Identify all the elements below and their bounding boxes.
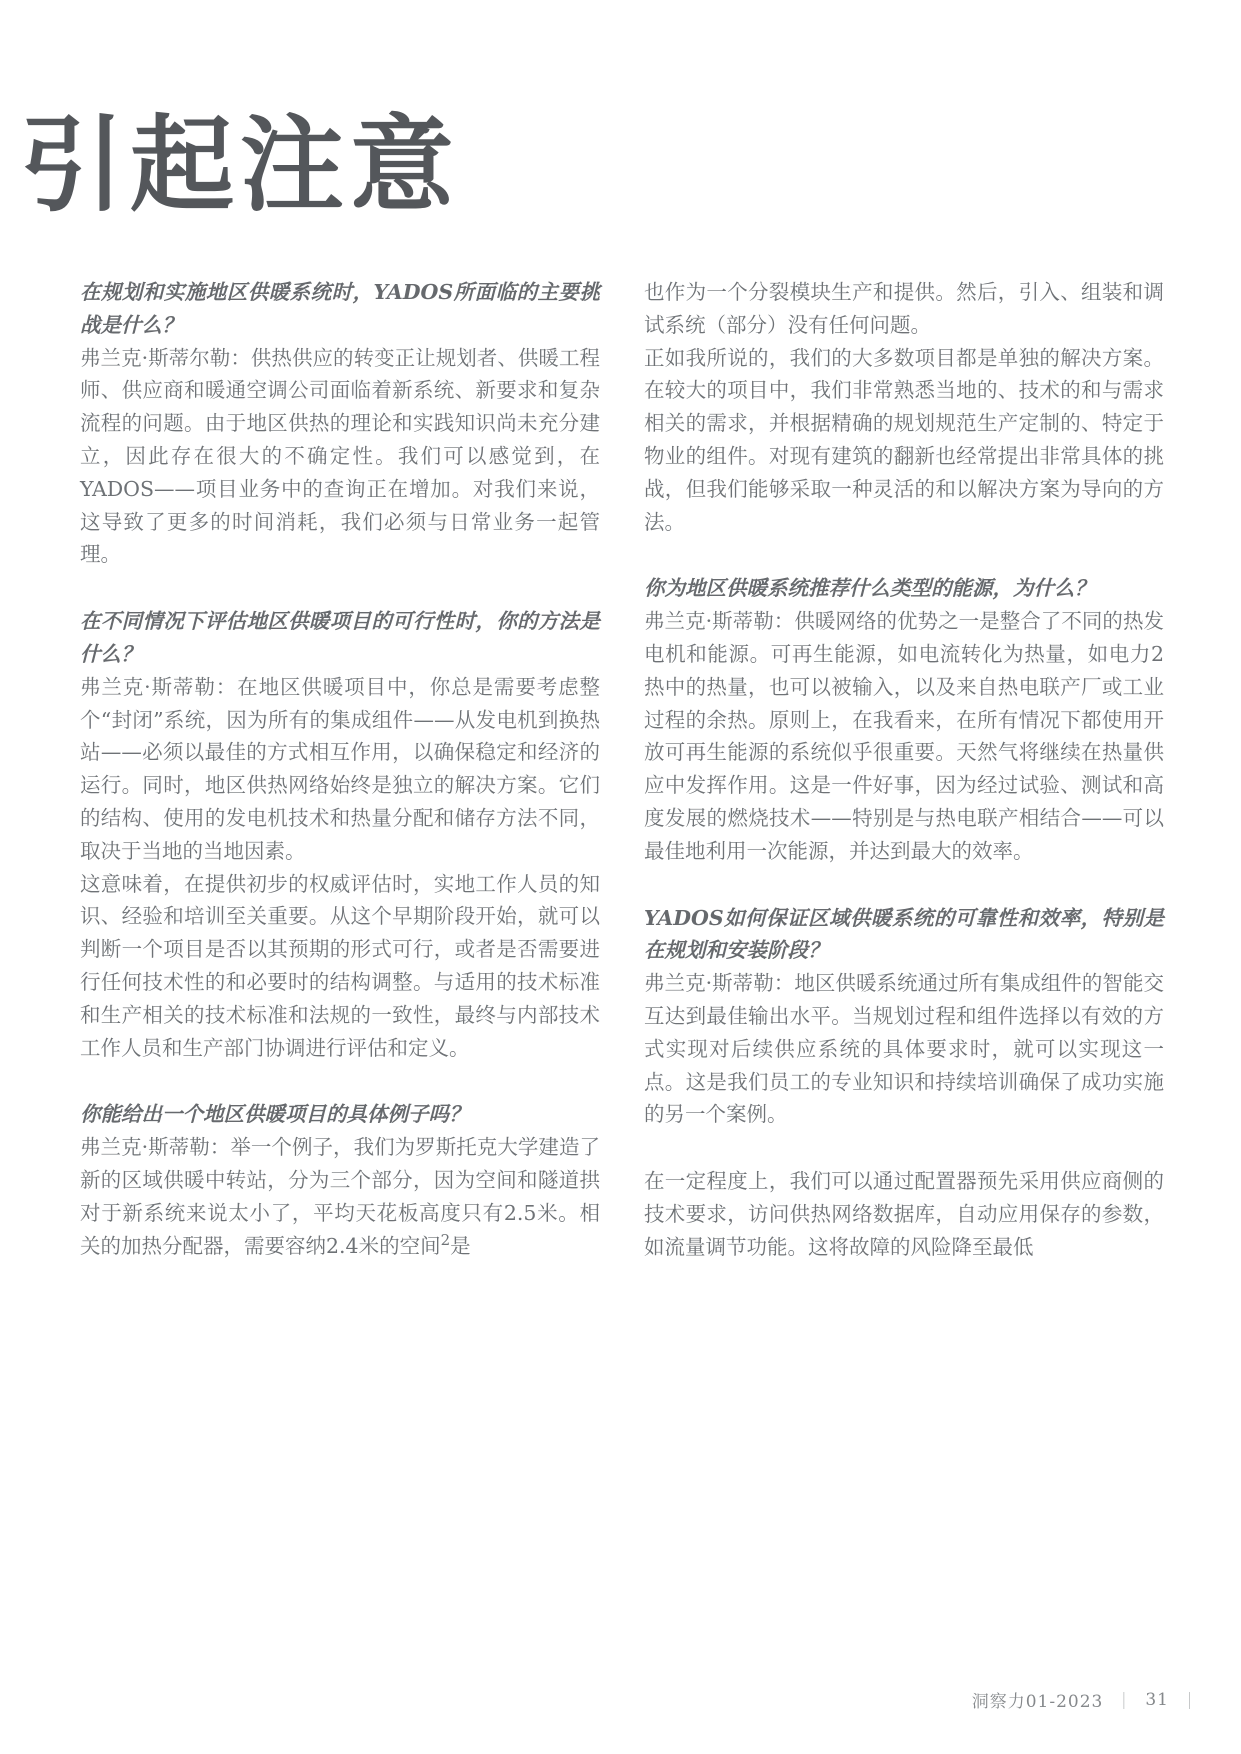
page-number: 31 <box>1145 1690 1169 1710</box>
answer-1: 弗兰克·斯蒂尔勒：供热供应的转变正让规划者、供暖工程师、供应商和暖通空调公司面临… <box>80 342 600 572</box>
article-body: 在规划和实施地区供暖系统时，YADOS所面临的主要挑战是什么？ 弗兰克·斯蒂尔勒… <box>80 276 1164 1264</box>
closing-paragraph: 在一定程度上，我们可以通过配置器预先采用供应商侧的技术要求，访问供热网络数据库，… <box>644 1165 1164 1263</box>
question-4: 你为地区供暖系统推荐什么类型的能源，为什么？ <box>644 572 1164 605</box>
answer-3-tail: 是 <box>450 1234 471 1258</box>
question-2: 在不同情况下评估地区供暖项目的可行性时，你的方法是什么？ <box>80 605 600 671</box>
question-1: 在规划和实施地区供暖系统时，YADOS所面临的主要挑战是什么？ <box>80 276 600 342</box>
answer-5: 弗兰克·斯蒂勒：地区供暖系统通过所有集成组件的智能交互达到最佳输出水平。当规划过… <box>644 967 1164 1131</box>
left-column: 在规划和实施地区供暖系统时，YADOS所面临的主要挑战是什么？ 弗兰克·斯蒂尔勒… <box>80 276 600 1264</box>
answer-4: 弗兰克·斯蒂勒：供暖网络的优势之一是整合了不同的热发电机和能源。可再生能源，如电… <box>644 605 1164 867</box>
footer-separator-2: ｜ <box>1181 1687 1199 1712</box>
right-column: 也作为一个分裂模块生产和提供。然后，引入、组装和调试系统（部分）没有任何问题。 … <box>644 276 1164 1264</box>
page-footer: 洞察力01-2023 ｜ 31 ｜ <box>972 1687 1199 1712</box>
question-3: 你能给出一个地区供暖项目的具体例子吗？ <box>80 1098 600 1131</box>
page-title: 引起注意 <box>20 108 460 222</box>
answer-3-text: 弗兰克·斯蒂勒：举一个例子，我们为罗斯托克大学建造了新的区域供暖中转站，分为三个… <box>80 1135 600 1257</box>
answer-3-superscript: 2 <box>441 1231 451 1249</box>
answer-2-paragraph-2: 这意味着，在提供初步的权威评估时，实地工作人员的知识、经验和培训至关重要。从这个… <box>80 868 600 1065</box>
answer-2-paragraph-1: 弗兰克·斯蒂勒：在地区供暖项目中，你总是需要考虑整个“封闭”系统，因为所有的集成… <box>80 671 600 868</box>
footer-separator-1: ｜ <box>1115 1687 1133 1712</box>
continued-paragraph-1: 也作为一个分裂模块生产和提供。然后，引入、组装和调试系统（部分）没有任何问题。 <box>644 276 1164 342</box>
question-5: YADOS如何保证区域供暖系统的可靠性和效率，特别是在规划和安装阶段？ <box>644 902 1164 968</box>
document-page: 引起注意 在规划和实施地区供暖系统时，YADOS所面临的主要挑战是什么？ 弗兰克… <box>0 0 1241 1754</box>
journal-issue-label: 洞察力01-2023 <box>972 1687 1104 1712</box>
continued-paragraph-2: 正如我所说的，我们的大多数项目都是单独的解决方案。在较大的项目中，我们非常熟悉当… <box>644 342 1164 539</box>
answer-3: 弗兰克·斯蒂勒：举一个例子，我们为罗斯托克大学建造了新的区域供暖中转站，分为三个… <box>80 1131 600 1262</box>
